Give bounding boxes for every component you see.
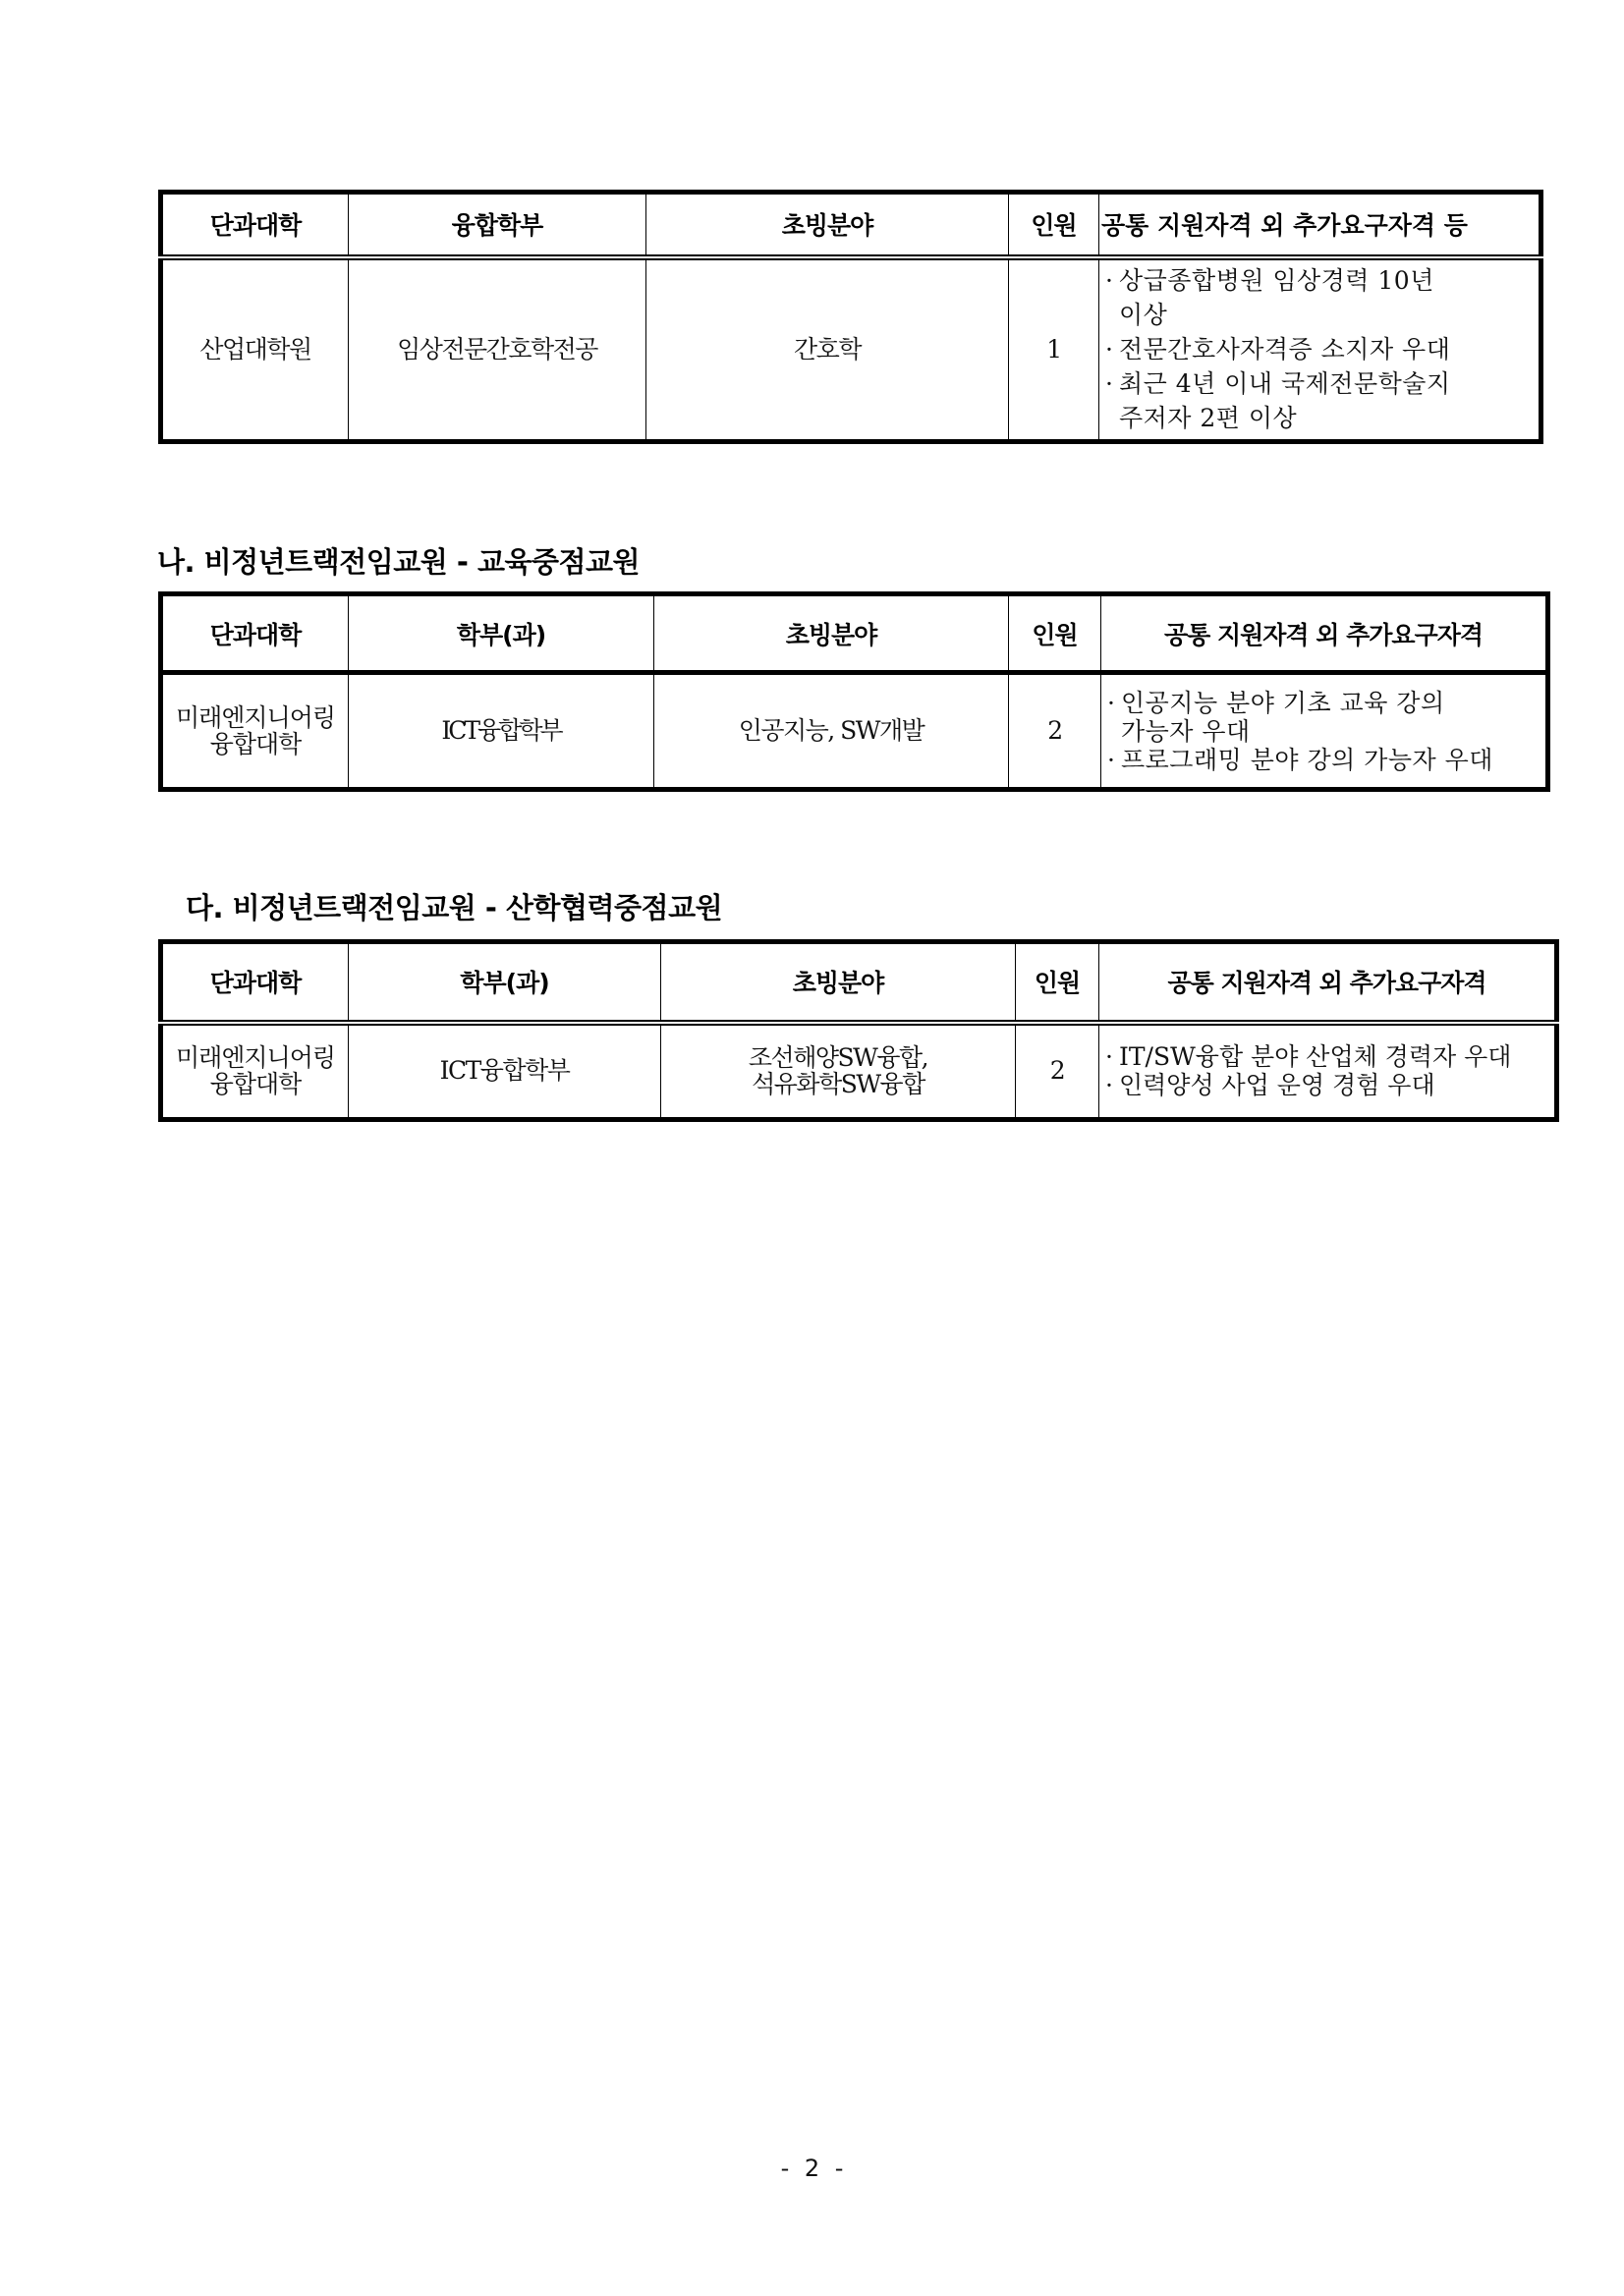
cell-requirements: ·인공지능 분야 기초 교육 강의 가능자 우대 ·프로그래밍 분야 강의 가능… xyxy=(1101,673,1548,790)
cell-college: 미래엔지니어링 융합대학 xyxy=(161,673,349,790)
faculty-table-education-track: 단과대학 학부(과) 초빙분야 인원 공통 지원자격 외 추가요구자격 미래엔지… xyxy=(158,591,1550,792)
header-requirements: 공통 지원자격 외 추가요구자격 xyxy=(1101,594,1548,673)
table-header-row: 단과대학 학부(과) 초빙분야 인원 공통 지원자격 외 추가요구자격 xyxy=(161,942,1557,1023)
cell-field: 간호학 xyxy=(646,257,1009,442)
cell-college: 산업대학원 xyxy=(161,257,349,442)
table-header-row: 단과대학 학부(과) 초빙분야 인원 공통 지원자격 외 추가요구자격 xyxy=(161,594,1548,673)
header-college: 단과대학 xyxy=(161,193,349,257)
cell-field: 조선해양SW융합, 석유화학SW융합 xyxy=(661,1023,1016,1120)
cell-count: 2 xyxy=(1009,673,1101,790)
cell-count: 1 xyxy=(1009,257,1099,442)
faculty-table-convergence: 단과대학 융합학부 초빙분야 인원 공통 지원자격 외 추가요구자격 등 산업대… xyxy=(158,190,1543,444)
cell-college: 미래엔지니어링 융합대학 xyxy=(161,1023,349,1120)
requirement-item: ·전문간호사자격증 소지자 우대 xyxy=(1105,332,1539,366)
header-college: 단과대학 xyxy=(161,594,349,673)
cell-department: 임상전문간호학전공 xyxy=(349,257,646,442)
cell-field: 인공지능, SW개발 xyxy=(654,673,1009,790)
requirement-item: ·인공지능 분야 기초 교육 강의 xyxy=(1107,689,1545,717)
header-count: 인원 xyxy=(1009,594,1101,673)
section-title-education-track: 나. 비정년트랙전임교원 - 교육중점교원 xyxy=(157,540,640,581)
cell-department: ICT융합학부 xyxy=(349,1023,661,1120)
table-header-row: 단과대학 융합학부 초빙분야 인원 공통 지원자격 외 추가요구자격 등 xyxy=(161,193,1541,257)
cell-count: 2 xyxy=(1016,1023,1099,1120)
header-department: 학부(과) xyxy=(349,594,654,673)
page-number: - 2 - xyxy=(0,2155,1624,2182)
requirement-item-continued: 이상 xyxy=(1105,298,1539,332)
header-field: 초빙분야 xyxy=(646,193,1009,257)
table-row: 미래엔지니어링 융합대학 ICT융합학부 인공지능, SW개발 2 ·인공지능 … xyxy=(161,673,1548,790)
header-college: 단과대학 xyxy=(161,942,349,1023)
faculty-table-industry-track: 단과대학 학부(과) 초빙분야 인원 공통 지원자격 외 추가요구자격 미래엔지… xyxy=(158,939,1559,1122)
header-count: 인원 xyxy=(1016,942,1099,1023)
header-requirements: 공통 지원자격 외 추가요구자격 xyxy=(1099,942,1557,1023)
table-row: 미래엔지니어링 융합대학 ICT융합학부 조선해양SW융합, 석유화학SW융합 … xyxy=(161,1023,1557,1120)
requirement-item-continued: 가능자 우대 xyxy=(1107,717,1545,746)
cell-requirements: ·상급종합병원 임상경력 10년 이상 ·전문간호사자격증 소지자 우대 ·최근… xyxy=(1099,257,1541,442)
table-row: 산업대학원 임상전문간호학전공 간호학 1 ·상급종합병원 임상경력 10년 이… xyxy=(161,257,1541,442)
header-department: 학부(과) xyxy=(349,942,661,1023)
requirement-item: ·인력양성 사업 운영 경험 우대 xyxy=(1105,1071,1554,1099)
requirement-item: ·최근 4년 이내 국제전문학술지 xyxy=(1105,366,1539,401)
requirement-item-continued: 주저자 2편 이상 xyxy=(1105,401,1539,435)
header-requirements: 공통 지원자격 외 추가요구자격 등 xyxy=(1099,193,1541,257)
cell-requirements: ·IT/SW융합 분야 산업체 경력자 우대 ·인력양성 사업 운영 경험 우대 xyxy=(1099,1023,1557,1120)
section-title-industry-track: 다. 비정년트랙전임교원 - 산학협력중점교원 xyxy=(186,886,722,926)
cell-department: ICT융합학부 xyxy=(349,673,654,790)
header-department: 융합학부 xyxy=(349,193,646,257)
header-field: 초빙분야 xyxy=(661,942,1016,1023)
header-field: 초빙분야 xyxy=(654,594,1009,673)
requirement-item: ·IT/SW융합 분야 산업체 경력자 우대 xyxy=(1105,1042,1554,1071)
header-count: 인원 xyxy=(1009,193,1099,257)
requirement-item: ·상급종합병원 임상경력 10년 xyxy=(1105,263,1539,298)
requirement-item: ·프로그래밍 분야 강의 가능자 우대 xyxy=(1107,746,1545,774)
